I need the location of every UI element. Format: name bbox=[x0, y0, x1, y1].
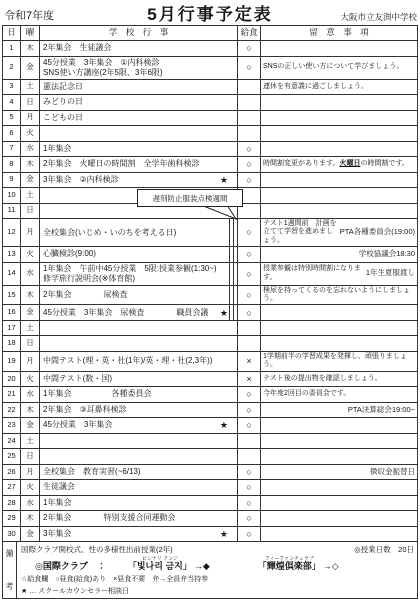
event-lines: 中間テスト(理・英・社(1年)/英・理・社(2,3年)) bbox=[43, 356, 235, 366]
cell-day: 4 bbox=[3, 95, 20, 110]
cell-notes bbox=[260, 142, 417, 157]
remarks-line1: 国際クラブ開校式、性の多様性出前授業(2年) ◎授業日数 20日 bbox=[21, 544, 414, 555]
cell-events bbox=[39, 336, 237, 351]
col-header-events: 学 校 行 事 bbox=[39, 26, 237, 40]
note-left: 連休を有意義に過ごしましょう。 bbox=[263, 83, 368, 91]
school-name: 大阪市立友渕中学校 bbox=[340, 11, 418, 25]
cell-day: 6 bbox=[3, 126, 20, 141]
cell-lunch: ○ bbox=[237, 219, 260, 246]
check-week-mark bbox=[229, 285, 234, 306]
club-line-lead: ◎国際クラブ ： bbox=[35, 559, 106, 572]
note-left: SNSの正しい使い方について学びましょう。 bbox=[263, 63, 403, 71]
event-lines: 生徒議会 bbox=[43, 482, 235, 492]
event-lines: 2年集会 尿検査 bbox=[43, 290, 235, 300]
cell-weekday: 水 bbox=[20, 142, 39, 157]
cell-lunch bbox=[237, 449, 260, 464]
event-lines: みどりの日 bbox=[43, 97, 235, 107]
schedule-row: 22 木 2年集会 ③耳鼻科検診 ○ PTA決算総会19:00~ bbox=[3, 403, 417, 419]
cell-notes bbox=[260, 41, 417, 56]
schedule-row: 2 金 45分授業 3年集会 ①内科検診SNS使い方講座(2年5限、3年6限) … bbox=[3, 57, 417, 80]
cell-events: 全校集会(いじめ・いのちを考える日) bbox=[39, 219, 237, 246]
cell-weekday: 金 bbox=[20, 418, 39, 433]
cell-events: 1年集会 午前中45分授業 5限:授業参観(1:30~)修学旅行説明会(※体育館… bbox=[39, 263, 237, 285]
cell-lunch: ○ bbox=[237, 403, 260, 418]
schedule-row: 17 土 bbox=[3, 321, 417, 337]
check-week-mark bbox=[229, 262, 234, 286]
cell-day: 21 bbox=[3, 387, 20, 402]
cell-events: 45分授業 3年集会 ★ bbox=[39, 418, 237, 433]
cell-notes bbox=[260, 480, 417, 495]
event-lines: 全校集会(いじめ・いのちを考える日) bbox=[43, 228, 235, 238]
remarks-content: 国際クラブ開校式、性の多様性出前授業(2年) ◎授業日数 20日 ◎国際クラブ … bbox=[17, 542, 417, 598]
cell-day: 15 bbox=[3, 286, 20, 305]
cell-notes bbox=[260, 173, 417, 188]
note-left: 検尿を持ってくるのを忘れないようにしましょう。 bbox=[263, 287, 415, 304]
cell-lunch: ○ bbox=[237, 387, 260, 402]
event-lines: 1年集会 各種委員会 bbox=[43, 389, 235, 399]
cell-notes bbox=[260, 111, 417, 126]
note-right: 1年生夏服渡し bbox=[366, 269, 415, 278]
schedule-row: 28 水 1年集会 ○ bbox=[3, 496, 417, 512]
callout-tail-icon bbox=[200, 205, 240, 220]
cell-notes bbox=[260, 305, 417, 320]
note-left: テスト後の提出物を確認しましょう。 bbox=[263, 375, 382, 383]
cell-weekday: 金 bbox=[20, 305, 39, 320]
cell-notes bbox=[260, 434, 417, 449]
schedule-row: 25 日 bbox=[3, 449, 417, 465]
cell-notes: PTA決算総会19:00~ bbox=[260, 403, 417, 418]
remarks-label-char-bottom: 考 bbox=[6, 581, 14, 592]
special-events-note: 国際クラブ開校式、性の多様性出前授業(2年) bbox=[21, 544, 173, 555]
document-header: 令和7年度 5月行事予定表 大阪市立友渕中学校 bbox=[2, 0, 418, 25]
cell-weekday: 土 bbox=[20, 188, 39, 203]
cell-notes bbox=[260, 418, 417, 433]
cell-events: 全校集会 教育実習(~6/13) bbox=[39, 465, 237, 480]
cell-weekday: 月 bbox=[20, 219, 39, 246]
cell-lunch: ○ bbox=[237, 263, 260, 285]
cell-lunch bbox=[237, 95, 260, 110]
schedule-row: 26 月 全校集会 教育実習(~6/13) ○ 徴収金振替日 bbox=[3, 465, 417, 481]
cell-weekday: 木 bbox=[20, 286, 39, 305]
schedule-row: 21 水 1年集会 各種委員会 ○ 今年度2回目の委員会です。 bbox=[3, 387, 417, 403]
event-lines: 心臓検診(9:00) bbox=[43, 249, 235, 259]
cell-events: 2年集会 尿検査 bbox=[39, 286, 237, 305]
international-club-line: ◎国際クラブ ： ピンナリ クンジ 「빛나리 금지」 →◆ フィーファンチュラブ… bbox=[21, 557, 414, 572]
note-left: 授業参観は特別時間割になります。 bbox=[263, 265, 364, 282]
cell-notes bbox=[260, 188, 417, 203]
note-right: PTA各種委員会(19:00) bbox=[340, 228, 415, 237]
cell-weekday: 土 bbox=[20, 321, 39, 336]
cell-events: 3年集会 ★ bbox=[39, 527, 237, 542]
cell-weekday: 木 bbox=[20, 41, 39, 56]
cell-events: 2年集会 ③耳鼻科検診 bbox=[39, 403, 237, 418]
note-left: 今年度2回目の委員会です。 bbox=[263, 390, 350, 398]
cell-day: 9 bbox=[3, 173, 20, 188]
cell-weekday: 水 bbox=[20, 496, 39, 511]
schedule-row: 9 金 3年集会 ②内科検診 ★ ○ bbox=[3, 173, 417, 189]
cell-lunch: ○ bbox=[237, 41, 260, 56]
cell-day: 12 bbox=[3, 219, 20, 246]
event-lines: 3年集会 bbox=[43, 529, 220, 539]
cell-lunch bbox=[237, 336, 260, 351]
schedule-row: 18 日 bbox=[3, 336, 417, 352]
cell-day: 14 bbox=[3, 263, 20, 285]
event-lines: 2年集会 ③耳鼻科検診 bbox=[43, 405, 235, 415]
schedule-row: 19 月 中間テスト(理・英・社(1年)/英・理・社(2,3年)) × 1学期前… bbox=[3, 352, 417, 372]
cell-lunch: ○ bbox=[237, 527, 260, 542]
class-days-count: ◎授業日数 20日 bbox=[354, 544, 414, 555]
cell-events bbox=[39, 434, 237, 449]
counselor-star-icon: ★ bbox=[220, 529, 228, 539]
cell-notes: 授業参観は特別時間割になります。 1年生夏服渡し bbox=[260, 263, 417, 285]
event-lines: 45分授業 3年集会 尿検査 職員会議 bbox=[43, 308, 220, 318]
cell-lunch: ○ bbox=[237, 157, 260, 172]
event-lines: こどもの日 bbox=[43, 113, 235, 123]
cell-lunch: ○ bbox=[237, 57, 260, 79]
cell-notes bbox=[260, 95, 417, 110]
cell-notes bbox=[260, 336, 417, 351]
note-right: PTA決算総会19:00~ bbox=[348, 406, 415, 415]
cell-events: 中間テスト(数・国) bbox=[39, 372, 237, 387]
cell-lunch bbox=[237, 321, 260, 336]
cell-events: 45分授業 3年集会 尿検査 職員会議 ★ bbox=[39, 305, 237, 320]
cell-weekday: 月 bbox=[20, 352, 39, 371]
event-lines: 2年集会 特別支援合同運動会 bbox=[43, 513, 235, 523]
remarks-box: 備 考 国際クラブ開校式、性の多様性出前授業(2年) ◎授業日数 20日 ◎国際… bbox=[2, 541, 418, 599]
cell-weekday: 月 bbox=[20, 465, 39, 480]
cell-weekday: 金 bbox=[20, 173, 39, 188]
counselor-legend: ★ … スクールカウンセラー相談日 bbox=[21, 586, 414, 596]
col-header-weekday: 曜 bbox=[20, 26, 39, 40]
event-lines: 憲法記念日 bbox=[43, 82, 235, 92]
schedule-row: 24 土 bbox=[3, 434, 417, 450]
schedule-row: 7 水 1年集会 ○ bbox=[3, 142, 417, 158]
cell-weekday: 火 bbox=[20, 247, 39, 262]
cell-day: 28 bbox=[3, 496, 20, 511]
cell-notes bbox=[260, 527, 417, 542]
schedule-row: 27 火 生徒議会 ○ bbox=[3, 480, 417, 496]
cell-day: 13 bbox=[3, 247, 20, 262]
cell-lunch: ○ bbox=[237, 247, 260, 262]
cell-notes: SNSの正しい使い方について学びましょう。 bbox=[260, 57, 417, 79]
cell-notes bbox=[260, 204, 417, 219]
club-chinese: フィーファンチュラブ 「輝煌倶楽部」 →◇ bbox=[258, 557, 339, 572]
cell-notes: 徴収金振替日 bbox=[260, 465, 417, 480]
note-left: 時間割変更があります。火曜日の時間割です。 bbox=[263, 160, 409, 168]
schedule-rows: 1 木 2年集会 生徒議会 ○ 2 金 45分授業 3年集会 ①内科検診SNS使… bbox=[3, 41, 417, 558]
cell-notes: 学校協議会18:30 bbox=[260, 247, 417, 262]
cell-notes: 検尿を持ってくるのを忘れないようにしましょう。 bbox=[260, 286, 417, 305]
cell-day: 18 bbox=[3, 336, 20, 351]
callout-text: 遅刻防止服装点検週間 bbox=[153, 194, 228, 203]
col-header-notes: 留 意 事 項 bbox=[260, 26, 417, 40]
cell-day: 24 bbox=[3, 434, 20, 449]
cell-day: 5 bbox=[3, 111, 20, 126]
cell-notes bbox=[260, 321, 417, 336]
cell-day: 22 bbox=[3, 403, 20, 418]
cell-day: 3 bbox=[3, 80, 20, 95]
callout-bubble: 遅刻防止服装点検週間 bbox=[137, 189, 243, 207]
cell-lunch: × bbox=[237, 372, 260, 387]
cell-weekday: 木 bbox=[20, 157, 39, 172]
cell-weekday: 水 bbox=[20, 387, 39, 402]
cell-lunch: ○ bbox=[237, 286, 260, 305]
cell-lunch bbox=[237, 434, 260, 449]
cell-weekday: 土 bbox=[20, 434, 39, 449]
schedule-row: 20 火 中間テスト(数・国) × テスト後の提出物を確認しましょう。 bbox=[3, 372, 417, 388]
cell-events: 生徒議会 bbox=[39, 480, 237, 495]
check-week-mark bbox=[229, 246, 234, 263]
cell-lunch: ○ bbox=[237, 173, 260, 188]
cell-notes bbox=[260, 511, 417, 526]
check-week-mark bbox=[229, 304, 234, 321]
cell-weekday: 日 bbox=[20, 336, 39, 351]
cell-day: 16 bbox=[3, 305, 20, 320]
cell-lunch: × bbox=[237, 352, 260, 371]
event-lines: 3年集会 ②内科検診 bbox=[43, 175, 220, 185]
col-header-lunch: 給食 bbox=[237, 26, 260, 40]
schedule-row: 29 木 2年集会 特別支援合同運動会 ○ bbox=[3, 511, 417, 527]
cell-events: 3年集会 ②内科検診 ★ bbox=[39, 173, 237, 188]
counselor-star-icon: ★ bbox=[220, 420, 228, 430]
counselor-star-icon: ★ bbox=[220, 175, 228, 185]
cell-events: こどもの日 bbox=[39, 111, 237, 126]
cell-day: 29 bbox=[3, 511, 20, 526]
cell-lunch: ○ bbox=[237, 511, 260, 526]
cell-lunch: ○ bbox=[237, 142, 260, 157]
cell-weekday: 金 bbox=[20, 57, 39, 79]
col-header-day: 日 bbox=[3, 26, 20, 40]
club-chinese-symbol: →◇ bbox=[323, 561, 339, 572]
schedule-row: 1 木 2年集会 生徒議会 ○ bbox=[3, 41, 417, 57]
cell-weekday: 日 bbox=[20, 449, 39, 464]
schedule-row: 3 土 憲法記念日 連休を有意義に過ごしましょう。 bbox=[3, 80, 417, 96]
event-lines: 中間テスト(数・国) bbox=[43, 374, 235, 384]
note-right: 学校協議会18:30 bbox=[359, 250, 415, 259]
cell-events: 2年集会 特別支援合同運動会 bbox=[39, 511, 237, 526]
cell-weekday: 火 bbox=[20, 126, 39, 141]
schedule-sheet: 令和7年度 5月行事予定表 大阪市立友渕中学校 日 曜 学 校 行 事 給食 留… bbox=[0, 0, 420, 601]
cell-weekday: 日 bbox=[20, 95, 39, 110]
cell-events: 1年集会 各種委員会 bbox=[39, 387, 237, 402]
schedule-row: 6 火 bbox=[3, 126, 417, 142]
cell-notes: 今年度2回目の委員会です。 bbox=[260, 387, 417, 402]
cell-weekday: 日 bbox=[20, 204, 39, 219]
cell-day: 20 bbox=[3, 372, 20, 387]
club-korean-name: 「빛나리 금지」 bbox=[128, 562, 192, 572]
cell-lunch bbox=[237, 111, 260, 126]
schedule-row: 12 月 全校集会(いじめ・いのちを考える日) ○ テスト1週間前 計画を立てて… bbox=[3, 219, 417, 247]
cell-day: 27 bbox=[3, 480, 20, 495]
cell-lunch: ○ bbox=[237, 480, 260, 495]
cell-notes: 時間割変更があります。火曜日の時間割です。 bbox=[260, 157, 417, 172]
schedule-table: 日 曜 学 校 行 事 給食 留 意 事 項 1 木 2年集会 生徒議会 ○ 2… bbox=[2, 25, 418, 559]
event-lines: 1年集会 bbox=[43, 498, 235, 508]
note-left: 1学期前半の学習成果を発揮し、頑張りましょう。 bbox=[263, 353, 415, 370]
cell-notes bbox=[260, 449, 417, 464]
club-korean: ピンナリ クンジ 「빛나리 금지」 →◆ bbox=[128, 557, 210, 572]
cell-day: 8 bbox=[3, 157, 20, 172]
cell-lunch bbox=[237, 80, 260, 95]
schedule-row: 5 月 こどもの日 bbox=[3, 111, 417, 127]
club-korean-symbol: →◆ bbox=[194, 561, 210, 572]
cell-day: 17 bbox=[3, 321, 20, 336]
cell-events: みどりの日 bbox=[39, 95, 237, 110]
cell-events bbox=[39, 126, 237, 141]
cell-notes: 1学期前半の学習成果を発揮し、頑張りましょう。 bbox=[260, 352, 417, 371]
table-header-row: 日 曜 学 校 行 事 給食 留 意 事 項 bbox=[3, 26, 417, 41]
cell-weekday: 火 bbox=[20, 372, 39, 387]
cell-notes bbox=[260, 496, 417, 511]
cell-events bbox=[39, 449, 237, 464]
event-lines: 2年集会 火曜日の時間割 全学年歯科検診 bbox=[43, 159, 235, 169]
note-left: テスト1週間前 計画を立てて学習を進めましょう。 bbox=[263, 220, 338, 245]
cell-weekday: 木 bbox=[20, 511, 39, 526]
club-korean-stack: ピンナリ クンジ 「빛나리 금지」 bbox=[128, 557, 192, 572]
cell-events: 憲法記念日 bbox=[39, 80, 237, 95]
cell-weekday: 金 bbox=[20, 527, 39, 542]
cell-events: 45分授業 3年集会 ①内科検診SNS使い方講座(2年5限、3年6限) bbox=[39, 57, 237, 79]
cell-events: 1年集会 bbox=[39, 142, 237, 157]
schedule-row: 23 金 45分授業 3年集会 ★ ○ bbox=[3, 418, 417, 434]
cell-events: 2年集会 火曜日の時間割 全学年歯科検診 bbox=[39, 157, 237, 172]
cell-day: 30 bbox=[3, 527, 20, 542]
cell-notes: テスト1週間前 計画を立てて学習を進めましょう。 PTA各種委員会(19:00) bbox=[260, 219, 417, 246]
cell-day: 10 bbox=[3, 188, 20, 203]
cell-weekday: 火 bbox=[20, 480, 39, 495]
remarks-label: 備 考 bbox=[3, 542, 17, 598]
cell-notes: 連休を有意義に過ごしましょう。 bbox=[260, 80, 417, 95]
check-week-mark bbox=[229, 218, 234, 247]
schedule-row: 4 日 みどりの日 bbox=[3, 95, 417, 111]
lunch-legend: ☆給食欄 ○昼食(給食)あり ×昼食不要 弁→全員弁当持参 bbox=[21, 574, 414, 584]
cell-day: 2 bbox=[3, 57, 20, 79]
schedule-row: 13 火 心臓検診(9:00) ○ 学校協議会18:30 bbox=[3, 247, 417, 263]
schedule-row: 8 木 2年集会 火曜日の時間割 全学年歯科検診 ○ 時間割変更があります。火曜… bbox=[3, 157, 417, 173]
event-lines: 2年集会 生徒議会 bbox=[43, 43, 235, 53]
cell-day: 23 bbox=[3, 418, 20, 433]
cell-events: 中間テスト(理・英・社(1年)/英・理・社(2,3年)) bbox=[39, 352, 237, 371]
cell-weekday: 水 bbox=[20, 263, 39, 285]
counselor-star-icon: ★ bbox=[220, 308, 228, 318]
cell-notes: テスト後の提出物を確認しましょう。 bbox=[260, 372, 417, 387]
event-lines: 1年集会 bbox=[43, 144, 235, 154]
remarks-label-char-top: 備 bbox=[6, 548, 14, 559]
cell-lunch: ○ bbox=[237, 465, 260, 480]
cell-day: 26 bbox=[3, 465, 20, 480]
schedule-row: 14 水 1年集会 午前中45分授業 5限:授業参観(1:30~)修学旅行説明会… bbox=[3, 263, 417, 286]
note-right: 徴収金振替日 bbox=[370, 468, 415, 477]
cell-events: 2年集会 生徒議会 bbox=[39, 41, 237, 56]
cell-day: 7 bbox=[3, 142, 20, 157]
cell-lunch bbox=[237, 126, 260, 141]
cell-weekday: 木 bbox=[20, 403, 39, 418]
cell-day: 1 bbox=[3, 41, 20, 56]
cell-events: 心臓検診(9:00) bbox=[39, 247, 237, 262]
event-lines: 1年集会 午前中45分授業 5限:授業参観(1:30~)修学旅行説明会(※体育館… bbox=[43, 264, 235, 284]
cell-notes bbox=[260, 126, 417, 141]
cell-lunch: ○ bbox=[237, 305, 260, 320]
schedule-row: 30 金 3年集会 ★ ○ bbox=[3, 527, 417, 543]
cell-day: 19 bbox=[3, 352, 20, 371]
schedule-row: 15 木 2年集会 尿検査 ○ 検尿を持ってくるのを忘れないようにしましょう。 bbox=[3, 286, 417, 306]
club-chinese-stack: フィーファンチュラブ 「輝煌倶楽部」 bbox=[258, 557, 321, 572]
cell-events: 1年集会 bbox=[39, 496, 237, 511]
club-chinese-name: 「輝煌倶楽部」 bbox=[258, 562, 321, 572]
cell-events bbox=[39, 321, 237, 336]
cell-lunch: ○ bbox=[237, 496, 260, 511]
schedule-row: 16 金 45分授業 3年集会 尿検査 職員会議 ★ ○ bbox=[3, 305, 417, 321]
cell-day: 25 bbox=[3, 449, 20, 464]
fiscal-year-label: 令和7年度 bbox=[2, 7, 54, 25]
cell-weekday: 月 bbox=[20, 111, 39, 126]
event-lines: 45分授業 3年集会 bbox=[43, 420, 220, 430]
cell-day: 11 bbox=[3, 204, 20, 219]
cell-weekday: 土 bbox=[20, 80, 39, 95]
event-lines: 45分授業 3年集会 ①内科検診SNS使い方講座(2年5限、3年6限) bbox=[43, 58, 235, 78]
event-lines: 全校集会 教育実習(~6/13) bbox=[43, 467, 235, 477]
cell-lunch: ○ bbox=[237, 418, 260, 433]
